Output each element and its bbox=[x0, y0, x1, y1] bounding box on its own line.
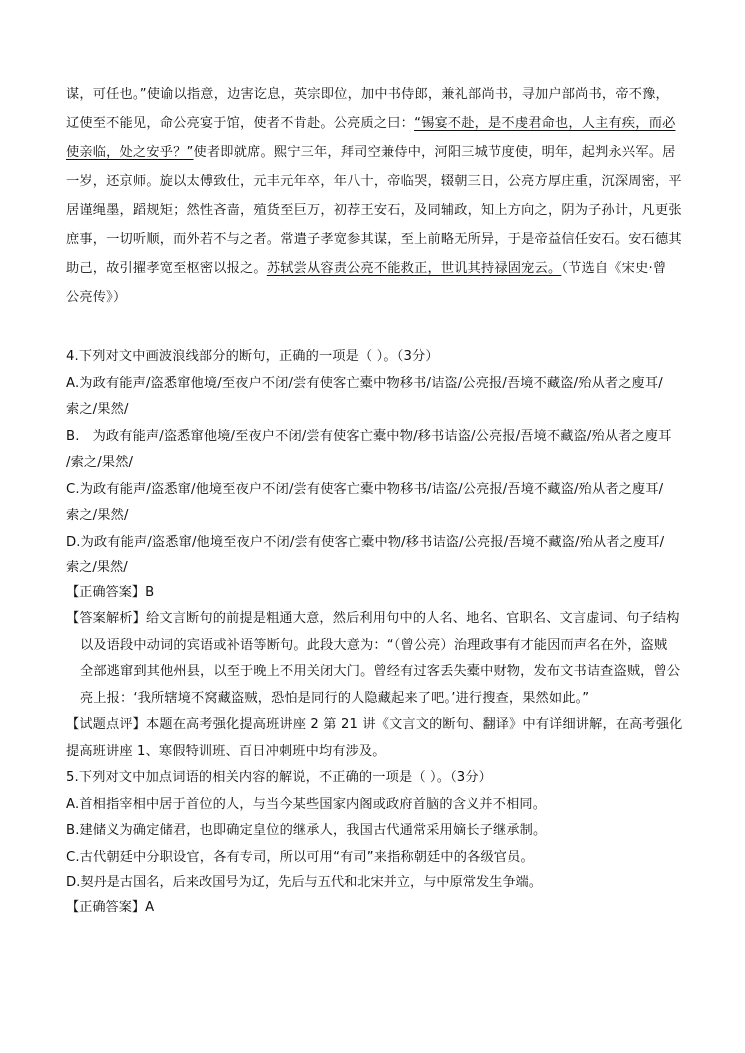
analysis-row-4: 亮上报：‘我所辖境不窝藏盗贼，恐怕是同行的人隐藏起来了吧。’进行搜查，果然如此。… bbox=[66, 687, 678, 714]
passage: 谋，可任也。”使谕以指意，边害讫息，英宗即位，加中书侍郎，兼礼部尚书，寻加户部尚… bbox=[66, 83, 678, 315]
q5-option-d: D.契丹是古国名，后来改国号为辽，先后与五代和北宋并立，与中原常发生争端。 bbox=[66, 872, 678, 897]
option-c-line2: 索之/果然/ bbox=[66, 504, 678, 531]
passage-text: 助己，故引擢孝宽至枢密以报之。 bbox=[66, 261, 267, 276]
question-4: 4.下列对文中画波浪线部分的断句，正确的一项是（ ）。（3分） A.为政有能声/… bbox=[66, 345, 678, 766]
question-5-stem: 5.下列对文中加点词语的相关内容的解说，不正确的一项是（ ）。（3分） bbox=[66, 766, 678, 793]
passage-line: 使亲临，处之安乎？”使者即就席。熙宁三年，拜司空兼侍中，河阳三城节度使，明年，起… bbox=[66, 141, 678, 170]
question-4-stem: 4.下列对文中画波浪线部分的断句，正确的一项是（ ）。（3分） bbox=[66, 345, 678, 372]
analysis-row-1: 【答案解析】给文言断句的前提是粗通大意，然后利用句中的人名、地名、官职名、文言虚… bbox=[66, 607, 678, 634]
review-label: 【试题点评】 bbox=[66, 717, 146, 732]
review-text: 本题在高考强化提高班讲座 2 第 21 讲《文言文的断句、翻译》中有详细讲解，在… bbox=[146, 717, 682, 732]
answer-label: 【正确答案】 bbox=[66, 585, 145, 600]
passage-text: （节选自《宋史·曾 bbox=[561, 261, 666, 276]
passage-text: 庶事，一切听顺，而外若不与之者。常遣子孝宽参其谋，至上前略无所异，于是帝益信任安… bbox=[66, 232, 682, 247]
document-page: 谋，可任也。”使谕以指意，边害讫息，英宗即位，加中书侍郎，兼礼部尚书，寻加户部尚… bbox=[66, 83, 678, 922]
answer-label: 【正确答案】 bbox=[66, 900, 145, 915]
option-b-line2: /索之/果然/ bbox=[66, 451, 678, 478]
underlined-text: “锡宴不赴，是不虔君命也，人主有疾，而必 bbox=[414, 116, 675, 131]
passage-line: 庶事，一切听顺，而外若不与之者。常遣子孝宽参其谋，至上前略无所异，于是帝益信任安… bbox=[66, 228, 678, 257]
passage-line: 居谨绳墨，蹈规矩；然性吝啬，殖货至巨万，初荐王安石，及同辅政，知上方向之，阴为子… bbox=[66, 199, 678, 228]
passage-line: 一岁，还京师。旋以太傅致仕，元丰元年卒，年八十，帝临哭，辍朝三日，公亮方厚庄重，… bbox=[66, 170, 678, 199]
option-c-line1: C.为政有能声/盗悉窜/他境至夜户不闭/尝有使客亡橐中物移书/诘盗/公亮报/吾境… bbox=[66, 478, 678, 505]
q5-option-b: B.建储义为确定储君，也即确定皇位的继承人，我国古代通常采用嫡长子继承制。 bbox=[66, 819, 678, 846]
answer-value: B bbox=[145, 585, 154, 600]
answer-row: 【正确答案】B bbox=[66, 582, 678, 607]
passage-text: 居谨绳墨，蹈规矩；然性吝啬，殖货至巨万，初荐王安石，及同辅政，知上方向之，阴为子… bbox=[66, 203, 682, 218]
passage-text: 辽使至不能见，命公亮宴于馆，使者不肯赴。公亮质之曰： bbox=[66, 116, 414, 131]
analysis-row-2: 以及语段中动词的宾语或补语等断句。此段大意为：“（曾公亮）治理政事有才能因而声名… bbox=[66, 634, 678, 661]
analysis-label: 【答案解析】 bbox=[66, 611, 146, 626]
q5-option-c: C.古代朝廷中分职设官，各有专司，所以可用“有司”来指称朝廷中的各级官员。 bbox=[66, 846, 678, 873]
q5-answer-row: 【正确答案】A bbox=[66, 897, 678, 922]
answer-value: A bbox=[145, 900, 154, 915]
option-d-line1: D.为政有能声/盗悉窜/他境至夜户不闭/尝有使客亡橐中物/移书诘盗/公亮报/吾境… bbox=[66, 531, 678, 558]
analysis-text: 给文言断句的前提是粗通大意，然后利用句中的人名、地名、官职名、文言虚词、句子结构 bbox=[146, 611, 680, 626]
option-b-line1: B. 为政有能声/盗悉窜他境/至夜户不闭/尝有使客亡橐中物/移书诘盗/公亮报/吾… bbox=[66, 425, 678, 452]
option-a-line1: A.为政有能声/盗悉窜他境/至夜户不闭/尝有使客亡橐中物移书/诘盗/公亮报/吾境… bbox=[66, 372, 678, 399]
option-d-line2: 索之/果然/ bbox=[66, 557, 678, 582]
review-row-1: 【试题点评】本题在高考强化提高班讲座 2 第 21 讲《文言文的断句、翻译》中有… bbox=[66, 713, 678, 740]
underlined-text: 苏轼尝从容责公亮不能救正，世讥其持禄固宠云。 bbox=[267, 261, 562, 276]
passage-line: 谋，可任也。”使谕以指意，边害讫息，英宗即位，加中书侍郎，兼礼部尚书，寻加户部尚… bbox=[66, 83, 678, 112]
q5-option-a: A.首相指宰相中居于首位的人，与当今某些国家内阁或政府首脑的含义并不相同。 bbox=[66, 793, 678, 820]
option-a-line2: 索之/果然/ bbox=[66, 398, 678, 425]
passage-text: 使者即就席。熙宁三年，拜司空兼侍中，河阳三城节度使，明年，起判永兴军。居 bbox=[194, 145, 676, 160]
analysis-row-3: 全部逃窜到其他州县，以至于晚上不用关闭大门。曾经有过客丢失橐中财物，发布文书诘查… bbox=[66, 660, 678, 687]
passage-line: 辽使至不能见，命公亮宴于馆，使者不肯赴。公亮质之曰：“锡宴不赴，是不虔君命也，人… bbox=[66, 112, 678, 141]
passage-line: 公亮传》） bbox=[66, 286, 678, 315]
underlined-text: 使亲临，处之安乎？” bbox=[66, 145, 194, 160]
passage-line: 助己，故引擢孝宽至枢密以报之。苏轼尝从容责公亮不能救正，世讥其持禄固宠云。（节选… bbox=[66, 257, 678, 286]
passage-text: 谋，可任也。”使谕以指意，边害讫息，英宗即位，加中书侍郎，兼礼部尚书，寻加户部尚… bbox=[66, 87, 669, 102]
question-5: 5.下列对文中加点词语的相关内容的解说，不正确的一项是（ ）。（3分） A.首相… bbox=[66, 766, 678, 922]
passage-text: 公亮传》） bbox=[66, 290, 126, 305]
passage-text: 一岁，还京师。旋以太傅致仕，元丰元年卒，年八十，帝临哭，辍朝三日，公亮方厚庄重，… bbox=[66, 174, 682, 189]
review-row-2: 提高班讲座 1、寒假特训班、百日冲刺班中均有涉及。 bbox=[66, 740, 678, 767]
